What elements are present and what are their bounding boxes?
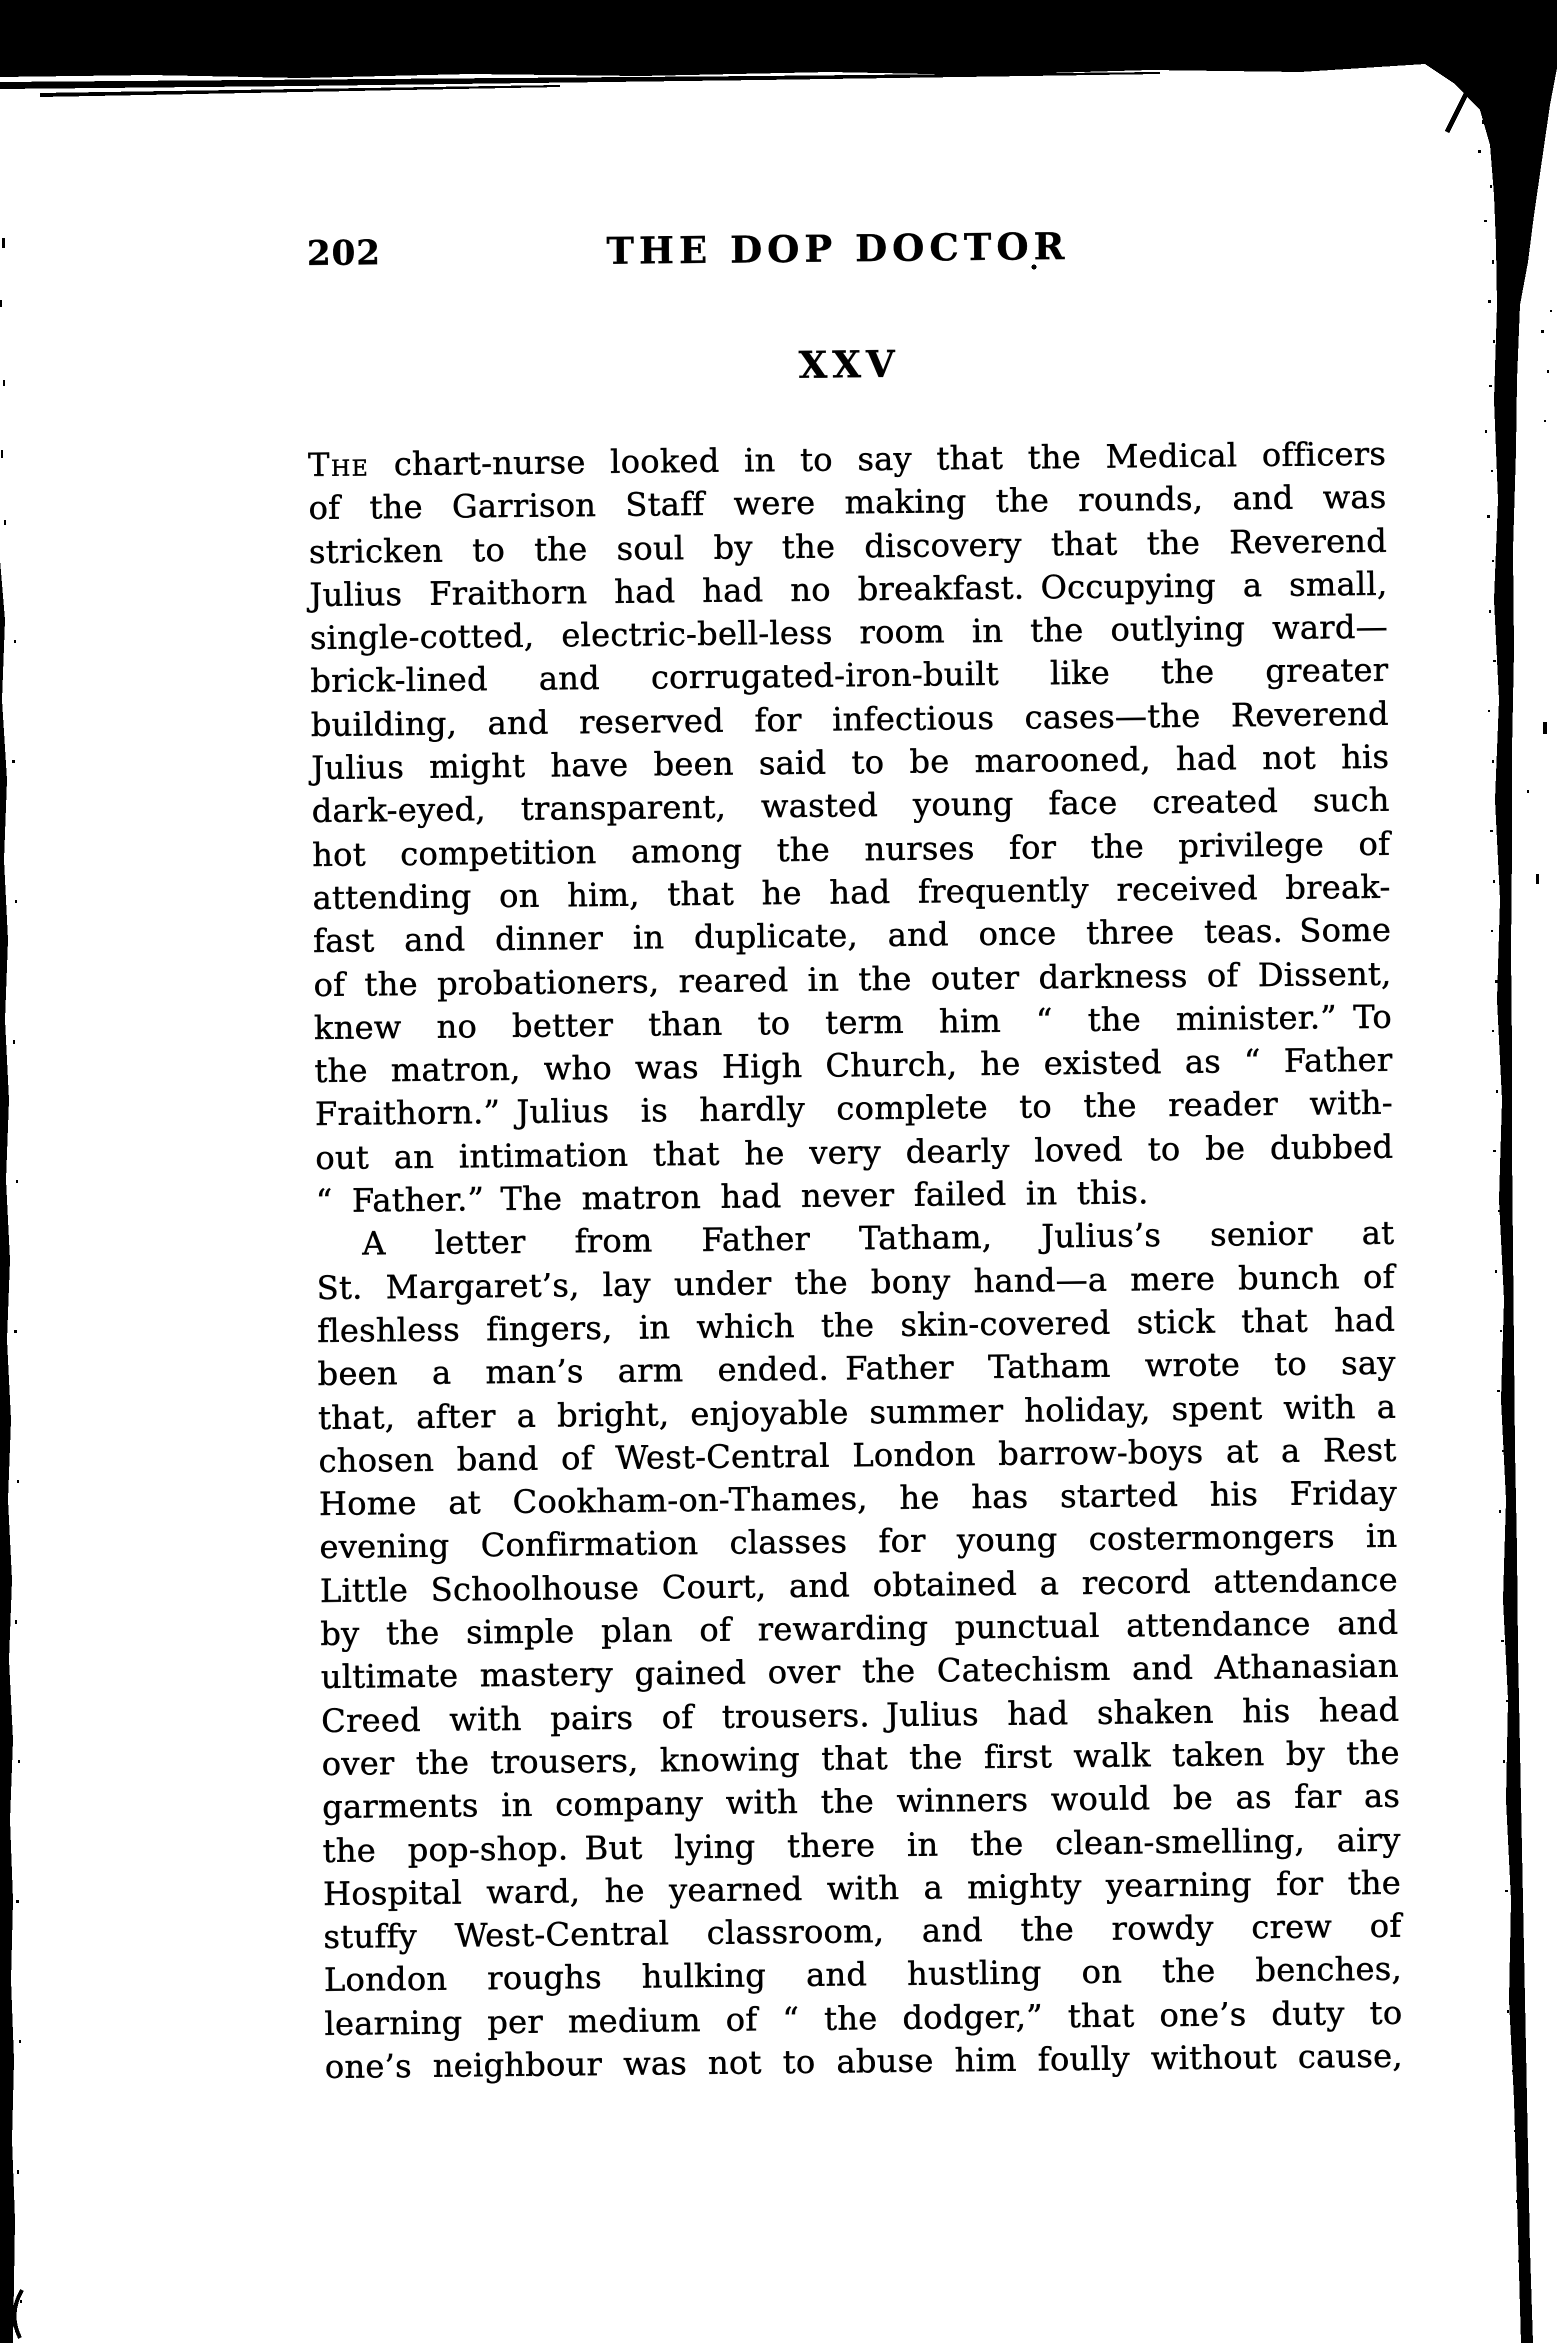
first-line-rest: chart-nurse looked in to say that the Me… (369, 435, 1386, 484)
page-number: 202 (307, 233, 381, 274)
body-text: The chart-nurse looked in to say that th… (308, 433, 1403, 2089)
lead-word: The (308, 445, 369, 484)
page-root: { "page": { "page_number": "202", "book_… (0, 0, 1557, 2343)
book-title: THE DOP DOCTOR (558, 224, 1118, 274)
paragraph-1-lines: of the Garrison Staff were making the ro… (308, 476, 1393, 1180)
paragraph-2-lines: St. Margaret’s, lay under the bony hand—… (317, 1255, 1404, 2089)
paragraph-2: A letter from Father Tatham, Julius’s se… (316, 1212, 1403, 2089)
scanned-book-page: 202 THE DOP DOCTOR XXV The chart-nurse l… (0, 0, 1557, 2343)
print-area: 202 THE DOP DOCTOR XXV The chart-nurse l… (0, 0, 1557, 2343)
running-head: 202 THE DOP DOCTOR (0, 215, 1555, 291)
chapter-heading: XXV (699, 341, 999, 388)
paragraph-1: The chart-nurse looked in to say that th… (308, 433, 1394, 1224)
